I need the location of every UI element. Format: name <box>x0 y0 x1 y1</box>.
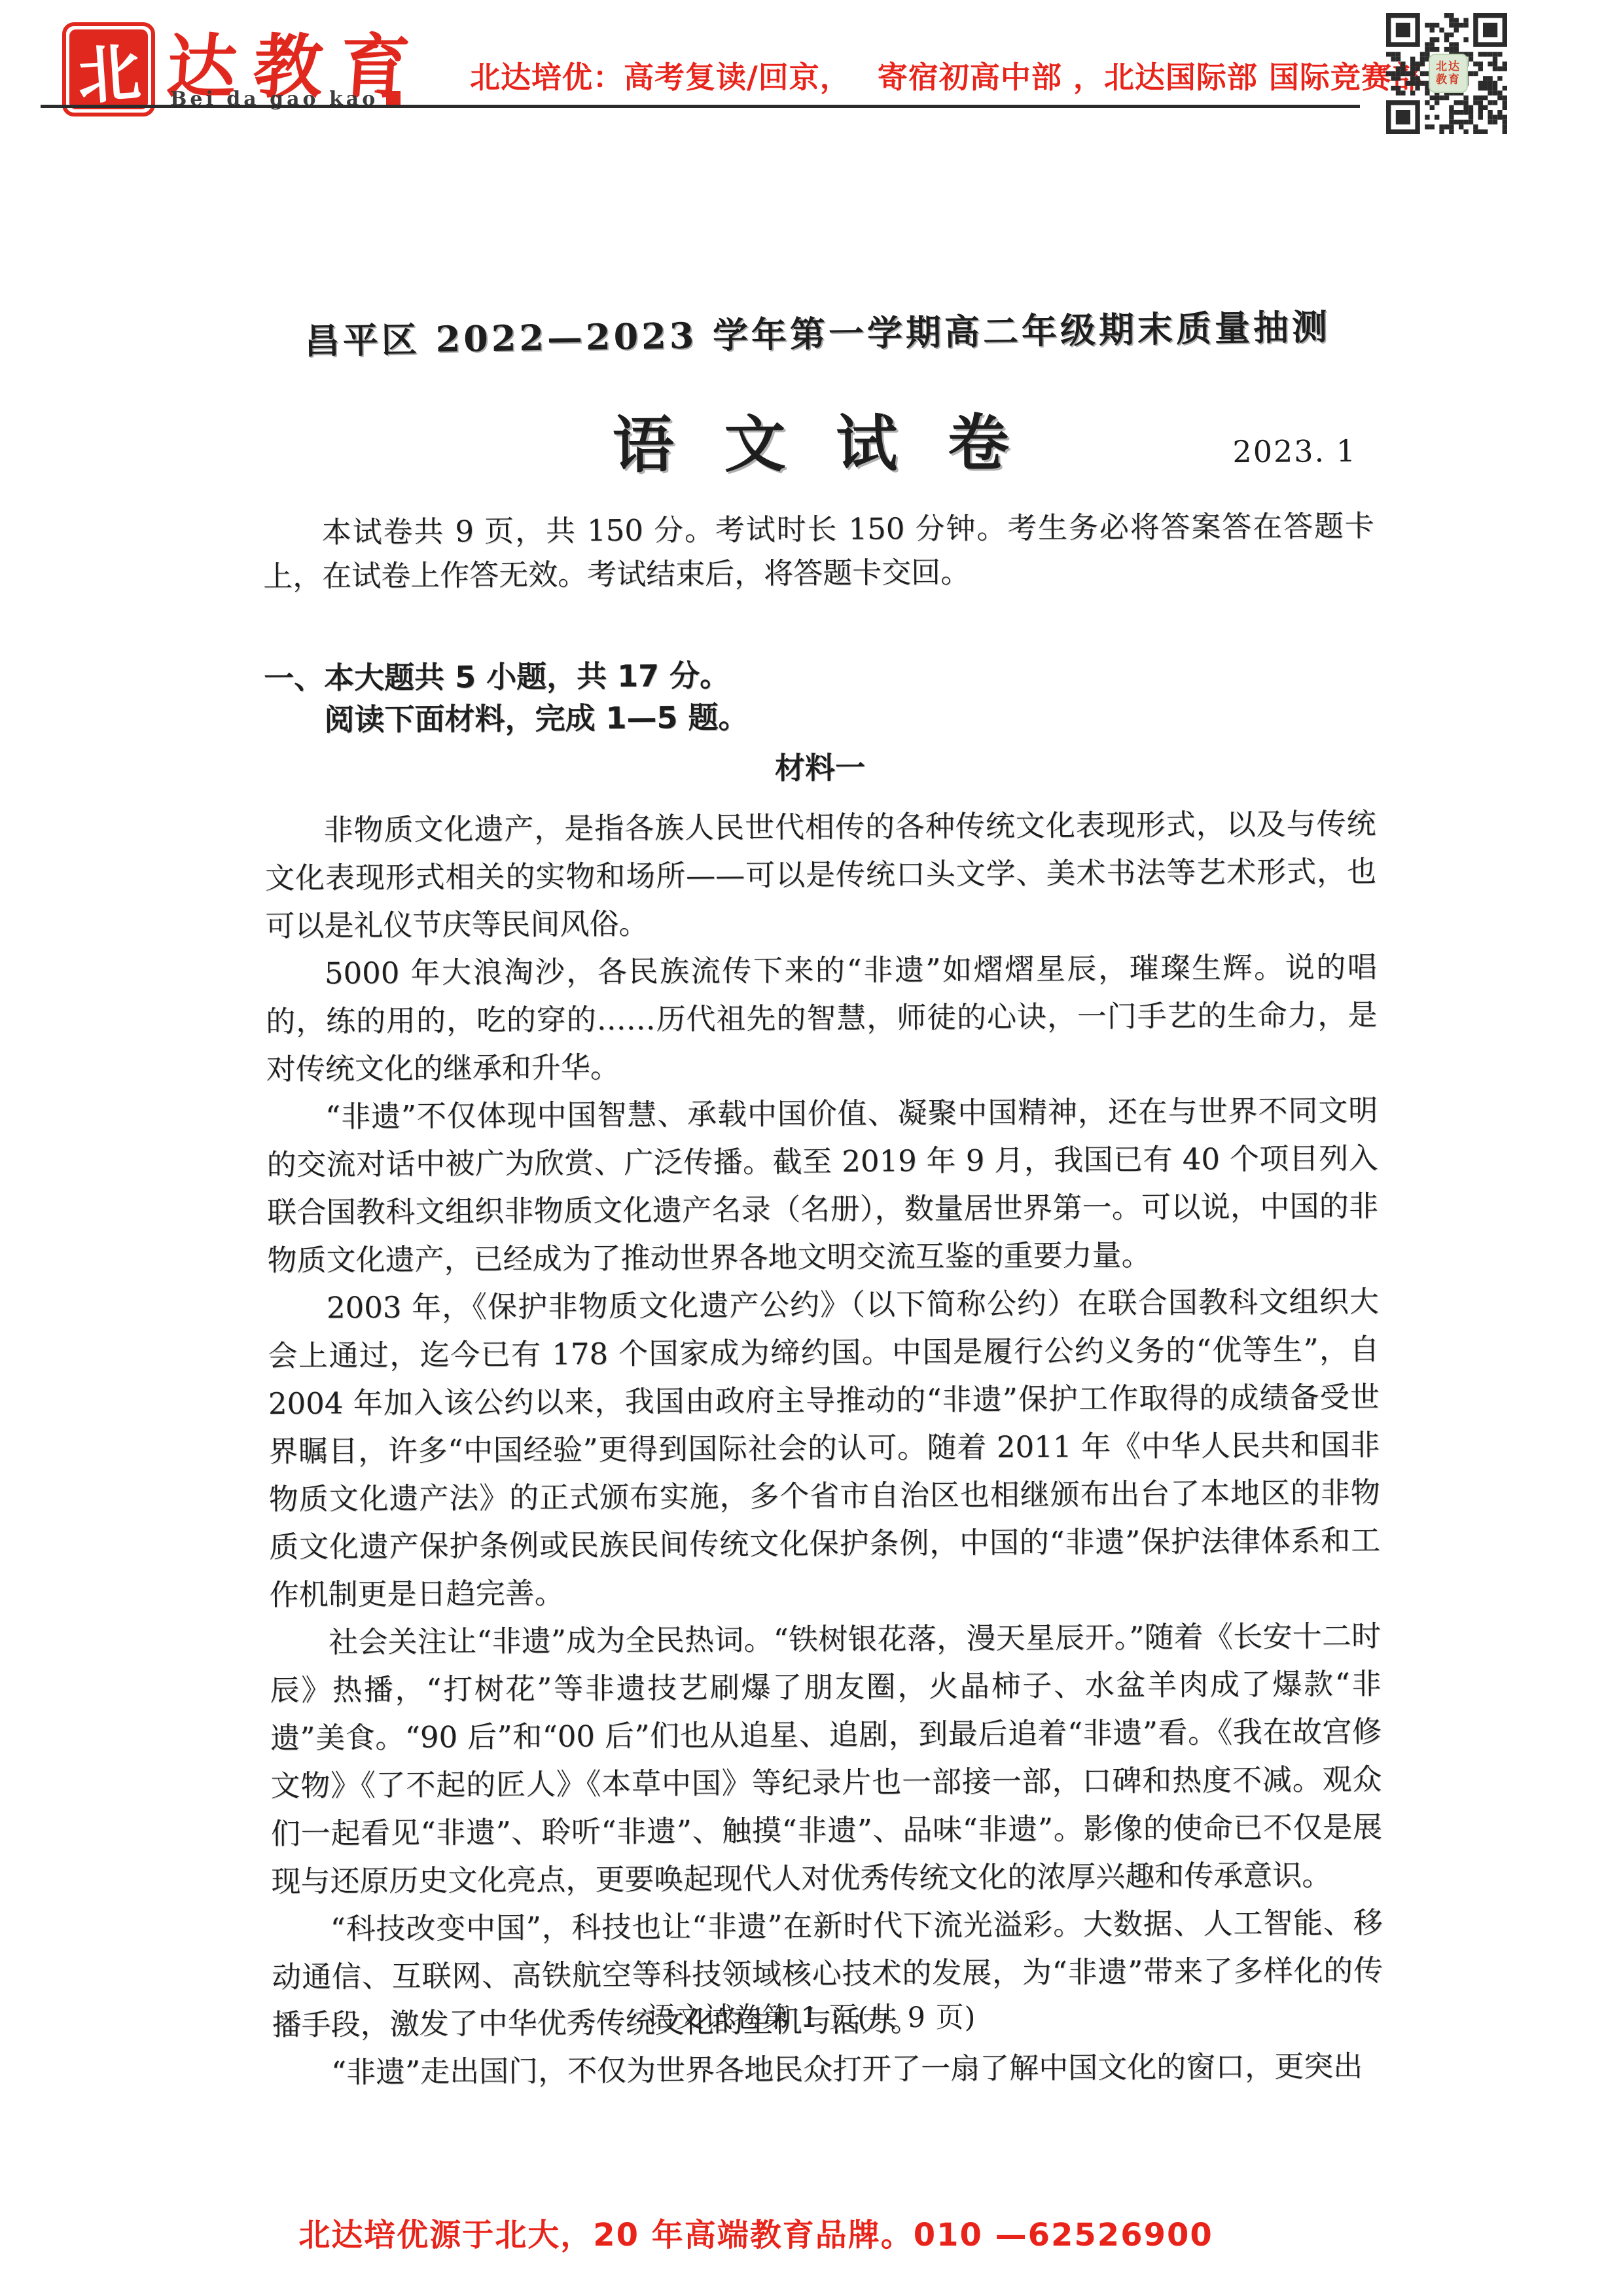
paragraph: 5000 年大浪淘沙，各民族流传下来的“非遗”如熠熠星辰，璀璨生辉。说的唱的，练… <box>266 943 1378 1093</box>
exam-date: 2023. 1 <box>1232 433 1357 469</box>
subject-title: 语 文 试 卷 <box>613 407 1024 482</box>
exam-page: 北 达教育 Bei da gao kao 北达培优：高考复读/回京， 寄宿初高中… <box>0 0 1623 2296</box>
red-square-icon <box>386 91 401 105</box>
exam-content: 昌平区 2022—2023 学年第一学期高二年级期末质量抽测 语 文 试 卷 2… <box>262 303 1384 2096</box>
paragraph: 2003 年，《保护非物质文化遗产公约》（以下简称公约）在联合国教科文组织大会上… <box>268 1278 1381 1619</box>
qr-center-label: 北达 教育 <box>1429 54 1468 93</box>
exam-title: 昌平区 2022—2023 学年第一学期高二年级期末质量抽测 <box>261 298 1373 365</box>
qr-code: 北达 教育 <box>1386 13 1508 131</box>
paragraph: 社会关注让“非遗”成为全民热词。“铁树银花落，漫天星辰开。”随着《长安十二时辰》… <box>270 1612 1383 1905</box>
bottom-banner: 北达培优源于北大，20 年高端教育品牌。010 —62526900 <box>0 2210 1567 2255</box>
section-heading: 一、本大题共 5 小题，共 17 分。 <box>264 651 1375 699</box>
paragraph: “非遗”走出国门，不仅为世界各地民众打开了一扇了解中国文化的窗口，更突出 <box>272 2042 1383 2096</box>
paragraph: 非物质文化遗产，是指各族人民世代相传的各种传统文化表现形式，以及与传统文化表现形… <box>264 800 1376 950</box>
material-text: 非物质文化遗产，是指各族人民世代相传的各种传统文化表现形式，以及与传统文化表现形… <box>264 800 1383 2096</box>
section-one-header: 一、本大题共 5 小题，共 17 分。 阅读下面材料，完成 1—5 题。 材料一 <box>264 651 1376 791</box>
exam-instructions: 本试卷共 9 页，共 150 分。考试时长 150 分钟。考生务必将答案答在答题… <box>263 504 1375 598</box>
logo-seal-icon: 北 <box>62 22 155 117</box>
header-tagline: 北达培优：高考复读/回京， 寄宿初高中部 ，北达国际部 国际竞赛部 <box>470 54 1423 97</box>
paragraph: “非遗”不仅体现中国智慧、承载中国价值、凝聚中国精神，还在与世界不同文明的交流对… <box>266 1086 1379 1284</box>
material-one-title: 材料一 <box>264 745 1376 791</box>
subject-title-row: 语 文 试 卷 2023. 1 <box>262 391 1374 478</box>
header-divider <box>41 105 1360 108</box>
section-subheading: 阅读下面材料，完成 1—5 题。 <box>264 692 1375 741</box>
page-number-footer: 语文试卷第 1 页(共 9 页) <box>0 1996 1623 2036</box>
logo-seal-char: 北 <box>74 22 143 116</box>
